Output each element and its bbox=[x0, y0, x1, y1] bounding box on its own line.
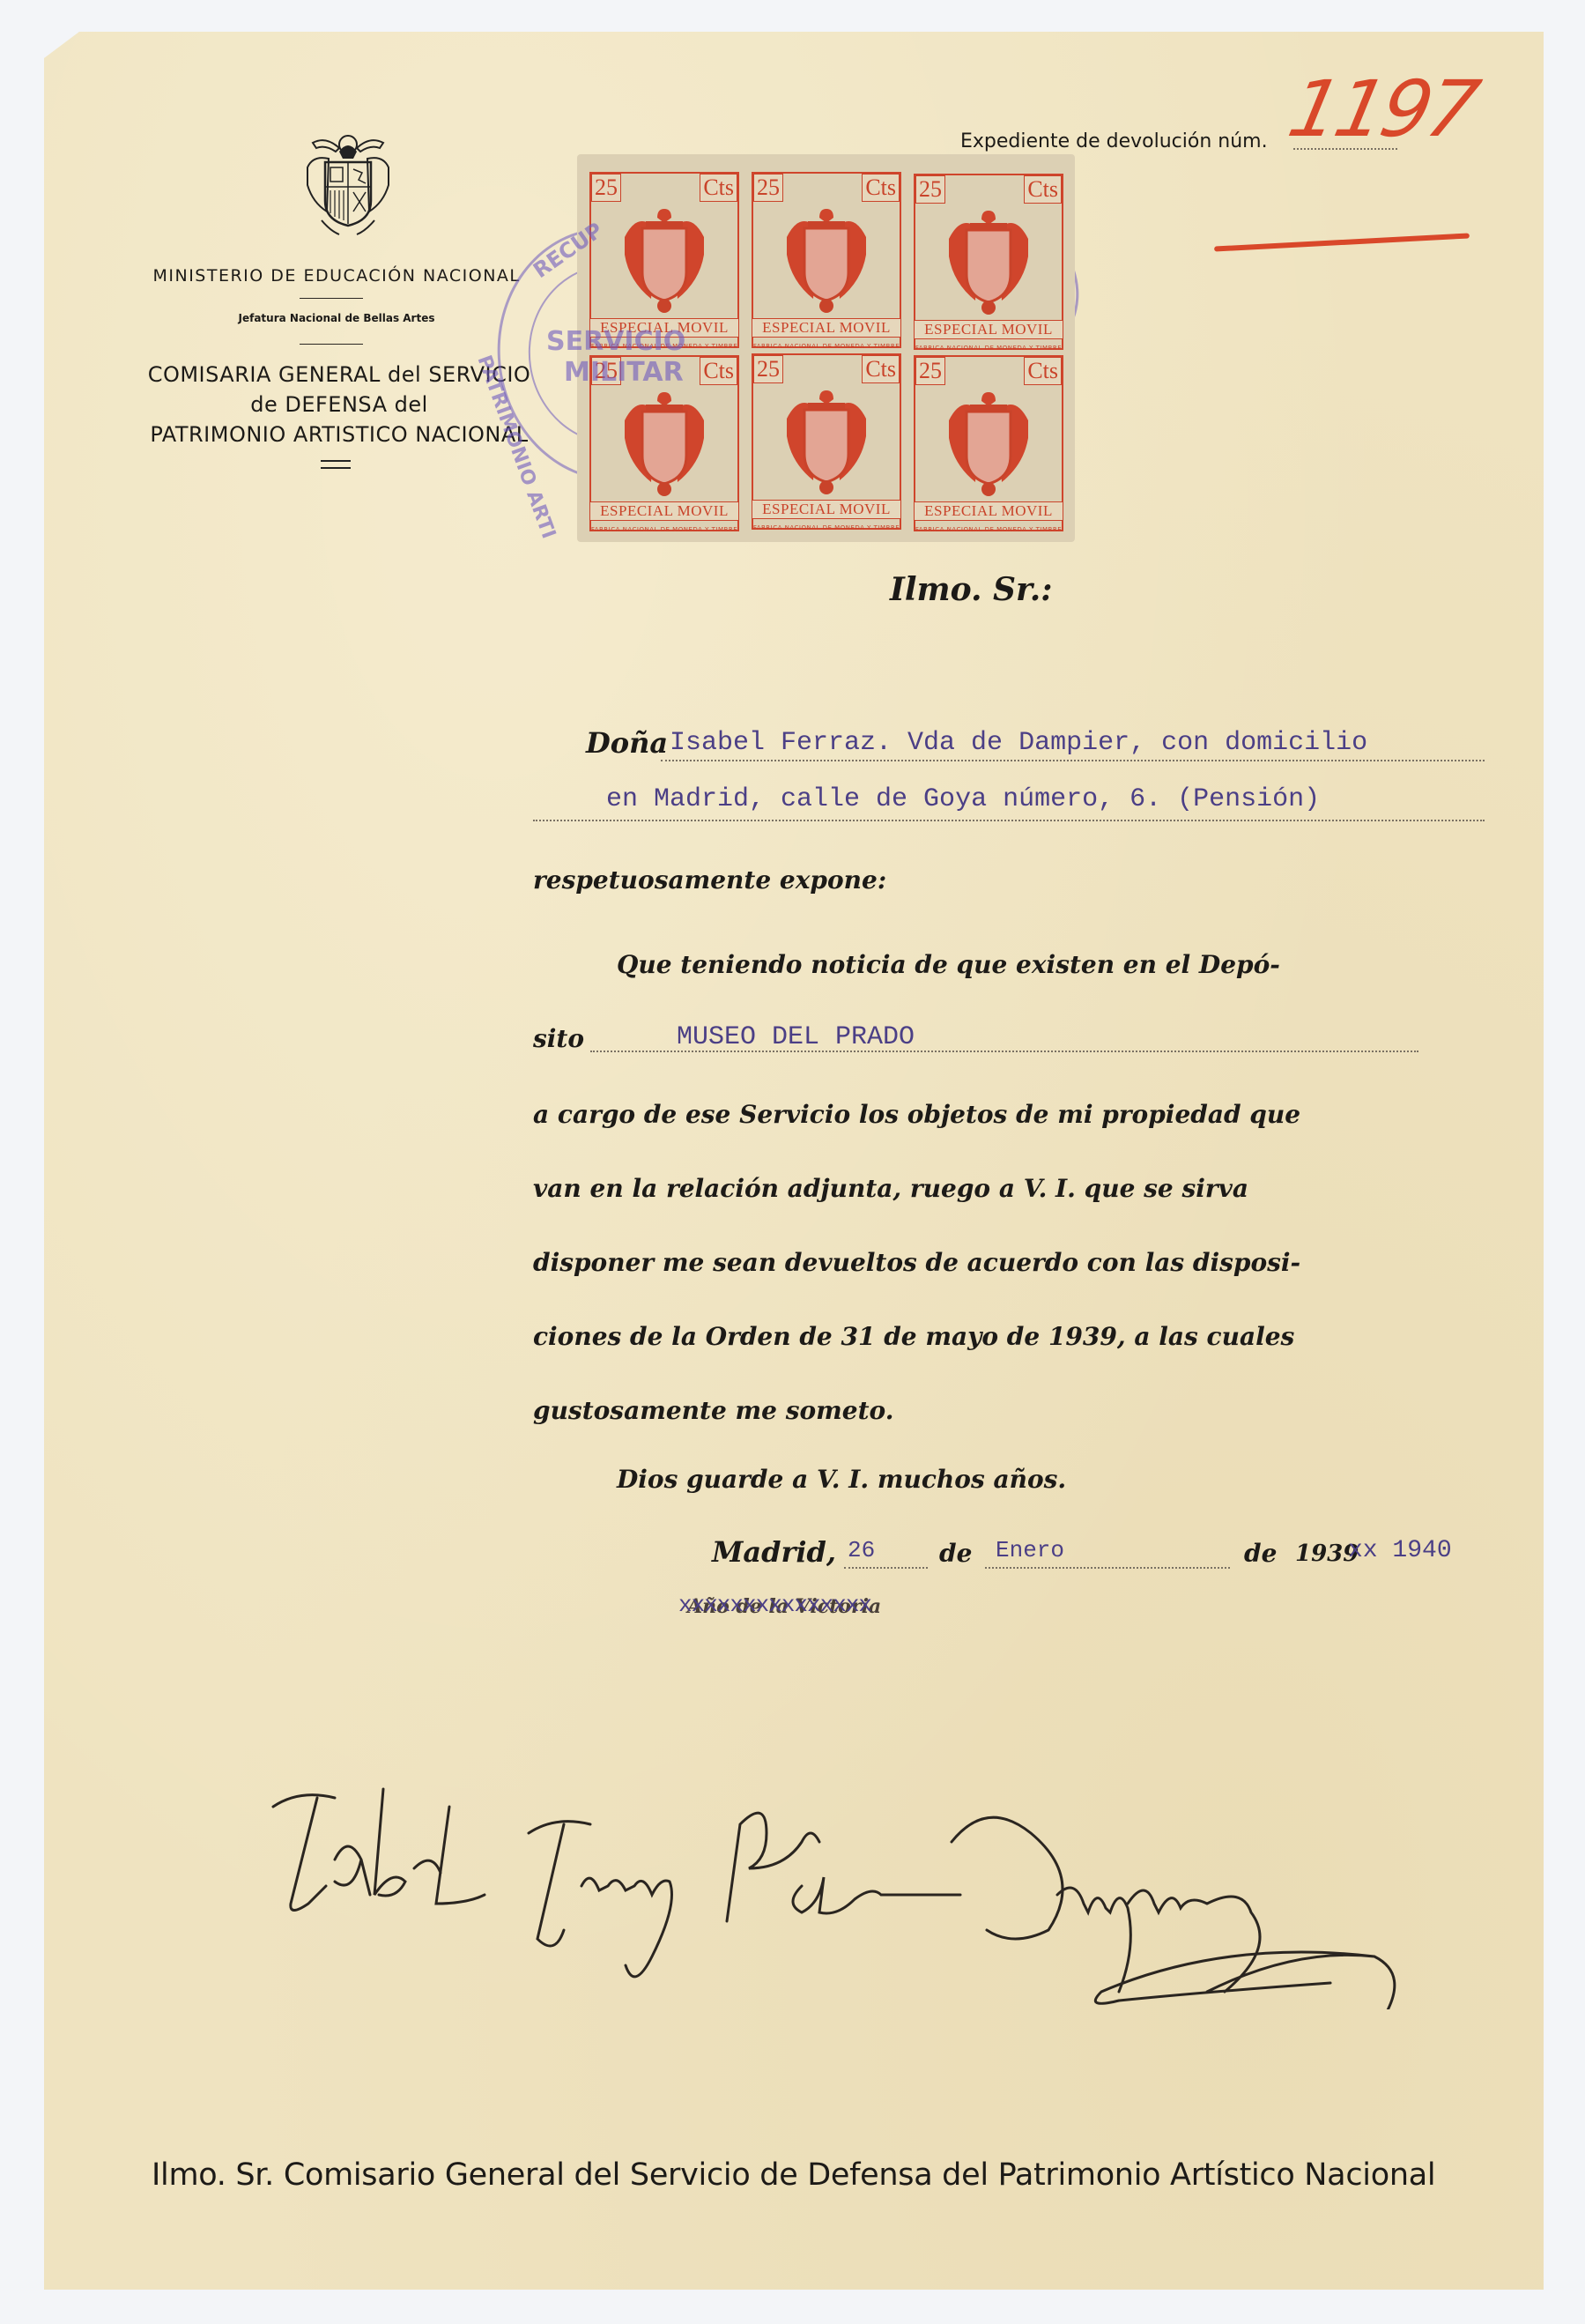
file-number-label: Expediente de devolución núm. bbox=[960, 130, 1268, 152]
file-number: 1197 bbox=[1281, 63, 1484, 154]
eagle-shield-icon bbox=[778, 202, 875, 316]
petitioner-name-address: Isabel Ferraz. Vda de Dampier, con domic… bbox=[670, 728, 1367, 758]
eagle-shield-icon bbox=[940, 204, 1037, 318]
revenue-stamp: 25 Cts ESPECIAL MOVIL FABRICA NACIONAL D… bbox=[914, 355, 1063, 531]
revenue-stamp: 25 Cts ESPECIAL MOVIL FABRICA NACIONAL D… bbox=[752, 172, 901, 348]
petitioner-address: en Madrid, calle de Goya número, 6. (Pen… bbox=[606, 784, 1320, 814]
ministry-heading: MINISTERIO DE EDUCACIÓN NACIONAL bbox=[152, 266, 522, 286]
date-de-2: de bbox=[1244, 1539, 1277, 1568]
closing-formula: Dios guarde a V. I. muchos años. bbox=[617, 1465, 1066, 1494]
revenue-stamp: 25 Cts ESPECIAL MOVIL FABRICA NACIONAL D… bbox=[589, 172, 739, 348]
dotted-line bbox=[661, 760, 1485, 761]
eagle-shield-icon bbox=[616, 385, 713, 500]
footer-addressee: Ilmo. Sr. Comisario General del Servicio… bbox=[152, 2157, 1447, 2193]
date-city: Madrid, bbox=[712, 1535, 836, 1569]
double-rule bbox=[321, 460, 351, 469]
deposit-name: MUSEO DEL PRADO bbox=[677, 1022, 915, 1052]
department-heading: Jefatura Nacional de Bellas Artes bbox=[152, 312, 522, 324]
seal-text-center-1: SERVICIO bbox=[546, 326, 685, 357]
dotted-line bbox=[844, 1567, 928, 1569]
letterhead-rule bbox=[300, 344, 363, 345]
letterhead-rule bbox=[300, 298, 363, 299]
handwritten-signature bbox=[238, 1727, 1436, 2009]
body-line-7: gustosamente me someto. bbox=[533, 1396, 893, 1425]
dotted-line bbox=[985, 1567, 1230, 1569]
body-line-6: ciones de la Orden de 31 de mayo de 1939… bbox=[533, 1322, 1294, 1351]
coat-of-arms-icon bbox=[295, 132, 401, 238]
body-line-1: Que teniendo noticia de que existen en e… bbox=[617, 950, 1280, 979]
date-day: 26 bbox=[848, 1537, 875, 1563]
date-typed-year: xx 1940 bbox=[1348, 1537, 1452, 1564]
body-line-3: a cargo de ese Servicio los objetos de m… bbox=[533, 1100, 1300, 1129]
eagle-shield-icon bbox=[940, 385, 1037, 500]
commission-line-2: de DEFENSA del bbox=[141, 390, 537, 420]
typed-strikeout: xxxxxxxxxxxxxxx bbox=[678, 1592, 871, 1618]
seal-text-center-2: MILITAR bbox=[564, 357, 684, 388]
body-line-5: disponer me sean devueltos de acuerdo co… bbox=[533, 1248, 1300, 1277]
body-line-4: van en la relación adjunta, ruego a V. I… bbox=[533, 1174, 1248, 1203]
salutation: Ilmo. Sr.: bbox=[890, 571, 1053, 608]
revenue-stamp: 25 Cts ESPECIAL MOVIL FABRICA NACIONAL D… bbox=[752, 353, 901, 530]
date-month: Enero bbox=[996, 1537, 1064, 1563]
eagle-shield-icon bbox=[778, 383, 875, 498]
petitioner-prefix: Doña bbox=[586, 726, 668, 760]
revenue-stamp: 25 Cts ESPECIAL MOVIL FABRICA NACIONAL D… bbox=[914, 174, 1063, 350]
body-line-2-prefix: sito bbox=[533, 1024, 584, 1053]
commission-line-3: PATRIMONIO ARTISTICO NACIONAL bbox=[141, 420, 537, 449]
date-de-1: de bbox=[939, 1539, 972, 1568]
eagle-shield-icon bbox=[616, 202, 713, 316]
body-intro: respetuosamente expone: bbox=[533, 865, 886, 895]
dotted-line bbox=[533, 820, 1485, 821]
